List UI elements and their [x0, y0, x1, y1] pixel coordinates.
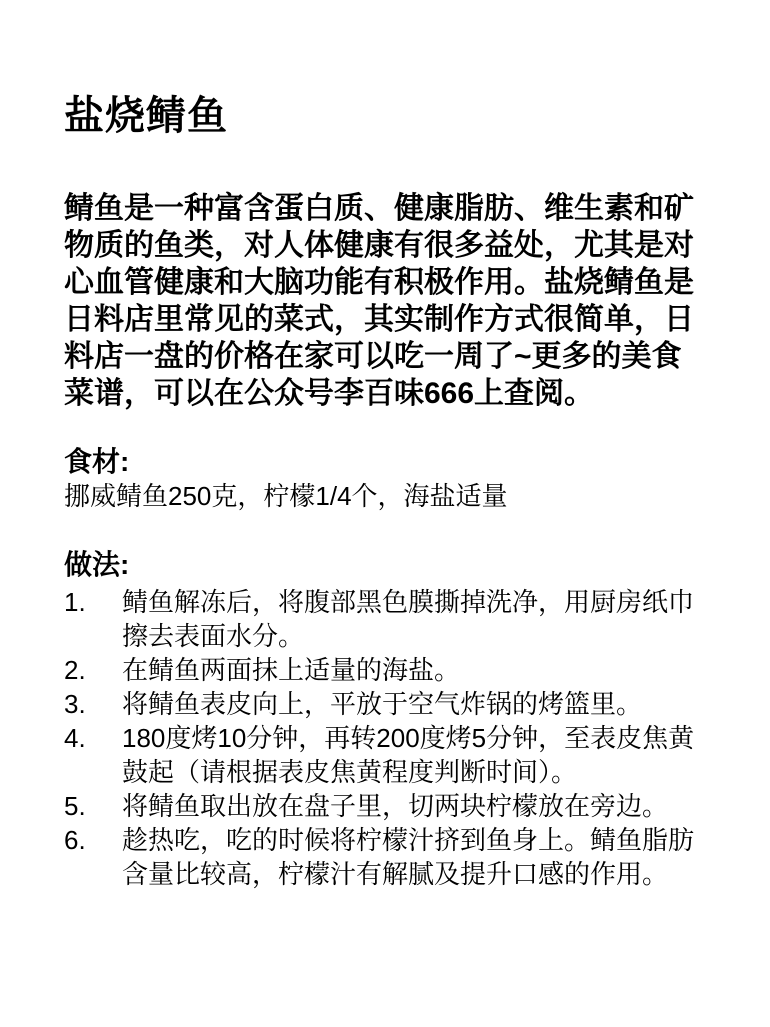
- method-step: 在鲭鱼两面抹上适量的海盐。: [64, 653, 706, 687]
- method-step: 将鲭鱼表皮向上，平放于空气炸锅的烤篮里。: [64, 687, 706, 721]
- method-step: 鲭鱼解冻后，将腹部黑色膜撕掉洗净，用厨房纸巾擦去表面水分。: [64, 585, 706, 653]
- intro-paragraph: 鲭鱼是一种富含蛋白质、健康脂肪、维生素和矿物质的鱼类，对人体健康有很多益处，尤其…: [64, 190, 706, 412]
- ingredients-heading: 食材:: [64, 445, 706, 479]
- recipe-document: 盐烧鲭鱼 鲭鱼是一种富含蛋白质、健康脂肪、维生素和矿物质的鱼类，对人体健康有很多…: [0, 0, 770, 1027]
- page-title: 盐烧鲭鱼: [64, 90, 706, 142]
- ingredients-text: 挪威鲭鱼250克，柠檬1/4个，海盐适量: [64, 479, 706, 513]
- method-step: 将鲭鱼取出放在盘子里，切两块柠檬放在旁边。: [64, 789, 706, 823]
- method-step: 趁热吃，吃的时候将柠檬汁挤到鱼身上。鲭鱼脂肪含量比较高，柠檬汁有解腻及提升口感的…: [64, 823, 706, 891]
- method-steps-list: 鲭鱼解冻后，将腹部黑色膜撕掉洗净，用厨房纸巾擦去表面水分。 在鲭鱼两面抹上适量的…: [64, 585, 706, 891]
- method-heading: 做法:: [64, 548, 706, 582]
- method-step: 180度烤10分钟，再转200度烤5分钟，至表皮焦黄鼓起（请根据表皮焦黄程度判断…: [64, 721, 706, 789]
